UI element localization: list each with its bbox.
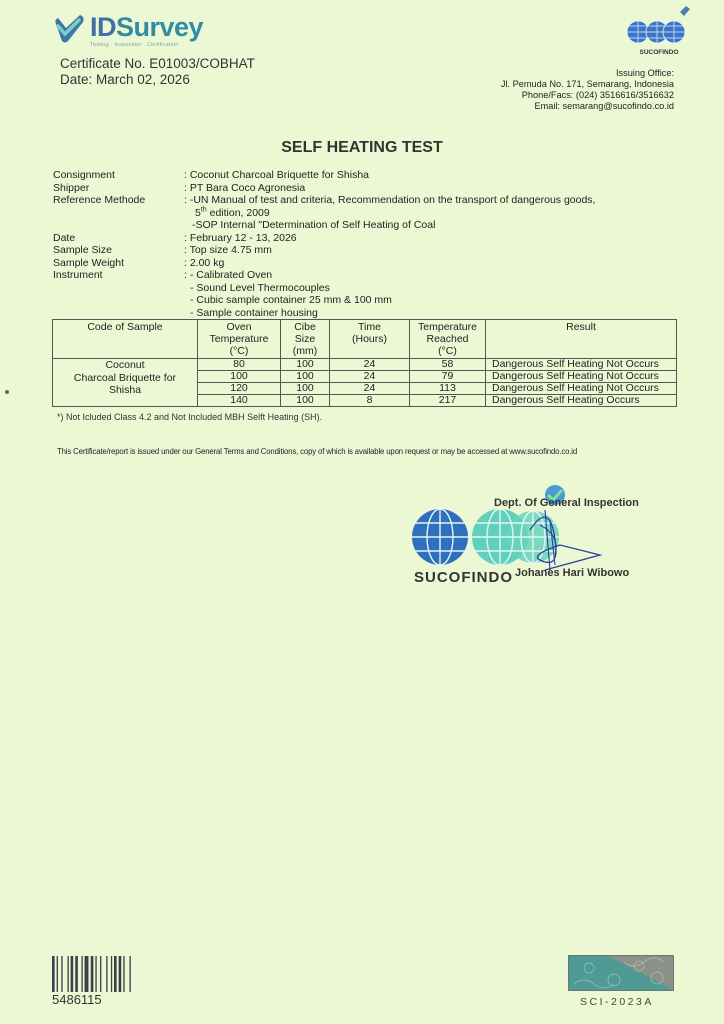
header-code: Code of Sample [53,320,198,359]
test-details: Consignment : Coconut Charcoal Briquette… [53,169,595,319]
terms-notice: This Certificate/report is issued under … [57,447,577,456]
table-row: CoconutCharcoal Briquette forShisha 80 1… [53,359,677,371]
header-time: Time(Hours) [330,320,410,359]
instrument-item: - Cubic sample container 25 mm & 100 mm [53,294,595,307]
checkmark-shield-icon [52,14,86,44]
barcode-icon [52,956,156,992]
sucofindo-logo: SUCOFINDO [624,4,694,56]
idsurvey-logo: IDSurvey Testing · Inspection · Certific… [52,12,212,48]
hologram-icon [569,956,673,990]
svg-text:SUCOFINDO: SUCOFINDO [640,49,679,56]
date-row: Date : February 12 - 13, 2026 [53,232,595,245]
header-oven-temp: OvenTemperature(°C) [198,320,281,359]
globe-logo-icon: SUCOFINDO [624,4,694,56]
office-email: Email: semarang@sucofindo.co.id [501,101,674,112]
sample-code-cell: CoconutCharcoal Briquette forShisha [53,359,198,407]
hologram-code: SCI-2023A [580,996,654,1008]
svg-text:SUCOFINDO: SUCOFINDO [414,569,513,586]
instrument-row: Instrument : - Calibrated Oven [53,269,595,282]
header-result: Result [486,320,677,359]
reference-row: Reference Methode : -UN Manual of test a… [53,194,595,207]
office-label: Issuing Office: [501,68,674,79]
certificate-date: Date: March 02, 2026 [60,72,255,88]
scan-speck [5,390,9,394]
barcode-number: 5486115 [52,992,102,1007]
instrument-item: - Sound Level Thermocouples [53,282,595,295]
instrument-item: - Sample container housing [53,307,595,320]
security-hologram [568,955,674,991]
header-size: CibeSize(mm) [281,320,330,359]
table-footnote: *) Not Icluded Class 4.2 and Not Include… [57,412,322,422]
certificate-number: Certificate No. E01003/COBHAT [60,56,255,72]
office-phone: Phone/Facs: (024) 3516616/3516632 [501,90,674,101]
table-header-row: Code of Sample OvenTemperature(°C) CibeS… [53,320,677,359]
brand-tagline: Testing · Inspection · Certification [90,42,179,48]
signer-name: Johanes Hari Wibowo [515,567,629,579]
office-address: Jl. Pemuda No. 171, Semarang, Indonesia [501,79,674,90]
issuing-office: Issuing Office: Jl. Pemuda No. 171, Sema… [501,68,674,112]
shipper-row: Shipper : PT Bara Coco Agronesia [53,182,595,195]
document-title: SELF HEATING TEST [0,139,724,157]
consignment-row: Consignment : Coconut Charcoal Briquette… [53,169,595,182]
sample-weight-row: Sample Weight : 2.00 kg [53,257,595,270]
reference-sop: -SOP Internal "Determination of Self Hea… [53,219,595,232]
results-table: Code of Sample OvenTemperature(°C) CibeS… [52,319,677,407]
certificate-info: Certificate No. E01003/COBHAT Date: Marc… [60,56,255,88]
brand-wordmark: IDSurvey [90,12,203,43]
reference-edition: 5th edition, 2009 [53,207,595,220]
department-name: Dept. Of General Inspection [494,497,639,509]
barcode [52,956,156,992]
header-temp-reached: TemperatureReached(°C) [410,320,486,359]
sample-size-row: Sample Size : Top size 4.75 mm [53,244,595,257]
